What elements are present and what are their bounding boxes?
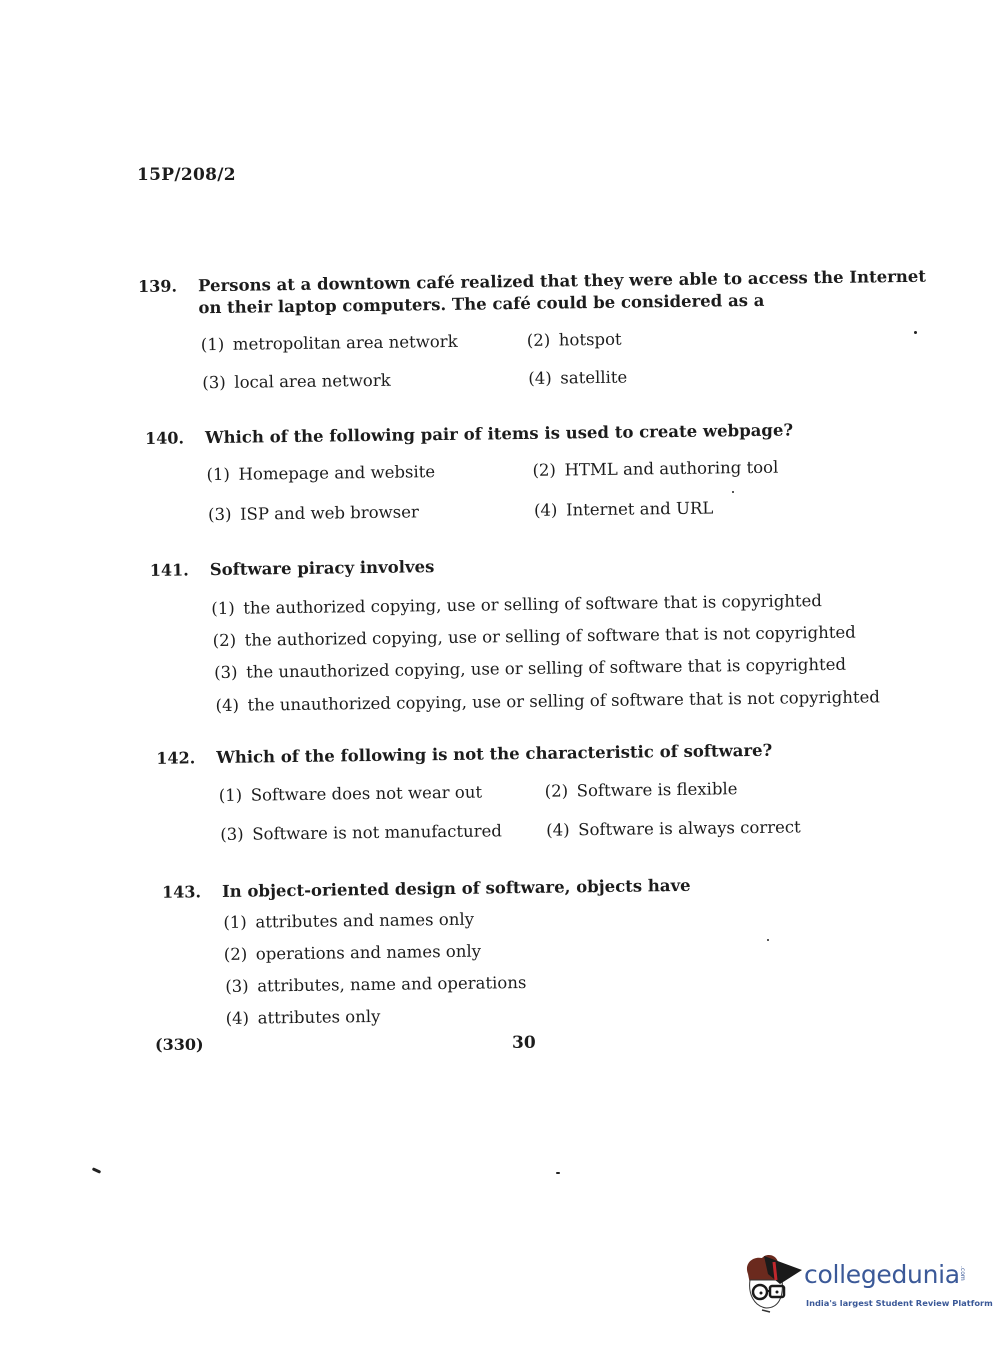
scan-speck <box>767 939 769 941</box>
option-text: satellite <box>560 368 627 388</box>
option-139-3: (3)local area network <box>202 371 391 392</box>
question-text-line: Which of the following is not the charac… <box>216 738 906 769</box>
question-text-line: In object-oriented design of software, o… <box>222 872 912 903</box>
option-142-3: (3)Software is not manufactured <box>220 821 502 844</box>
question-number: 143. <box>162 881 201 904</box>
option-text: attributes, name and operations <box>257 973 526 996</box>
option-text: local area network <box>234 371 391 392</box>
option-143-1: (1)attributes and names only <box>223 910 474 932</box>
option-label: (2) <box>527 331 559 350</box>
question-text: Which of the following pair of items is … <box>205 418 895 449</box>
option-label: (3) <box>220 825 252 844</box>
option-text: ISP and web browser <box>240 502 419 523</box>
option-label: (1) <box>201 335 233 354</box>
option-text: Software is flexible <box>577 779 738 800</box>
option-text: the unauthorized copying, use or selling… <box>246 655 846 682</box>
option-text: the authorized copying, use or selling o… <box>243 591 822 618</box>
option-text: attributes only <box>258 1007 381 1028</box>
option-label: (2) <box>213 631 245 650</box>
option-label: (1) <box>223 913 255 932</box>
option-label: (3) <box>202 373 234 392</box>
question-number: 142. <box>156 747 195 770</box>
option-label: (3) <box>208 505 240 524</box>
option-141-3: (3)the unauthorized copying, use or sell… <box>214 655 846 682</box>
option-140-1: (1)Homepage and website <box>206 462 435 484</box>
question-block: 139. Persons at a downtown café realized… <box>0 0 1001 1356</box>
logo-tagline: India's largest Student Review Platform <box>806 1298 993 1308</box>
question-text: Persons at a downtown café realized that… <box>198 266 889 319</box>
question-text: Software piracy involves <box>210 550 900 581</box>
option-text: Homepage and website <box>238 462 435 484</box>
option-label: (3) <box>225 977 257 996</box>
option-text: attributes and names only <box>255 910 474 932</box>
mascot-icon <box>740 1250 804 1322</box>
collegedunia-logo: collegedunia .com India's largest Studen… <box>740 1250 975 1322</box>
question-number: 139. <box>138 276 177 299</box>
exam-page: 15P/208/2 139. Persons at a downtown caf… <box>0 0 1001 1356</box>
option-140-3: (3)ISP and web browser <box>208 502 419 524</box>
option-label: (3) <box>214 663 246 682</box>
option-label: (2) <box>532 460 564 479</box>
option-label: (1) <box>219 786 251 805</box>
option-label: (1) <box>206 465 238 484</box>
option-142-4: (4)Software is always correct <box>546 817 801 839</box>
option-143-3: (3)attributes, name and operations <box>225 973 526 996</box>
option-143-2: (2)operations and names only <box>224 942 481 964</box>
option-text: the unauthorized copying, use or selling… <box>247 687 880 714</box>
option-text: Internet and URL <box>566 499 714 520</box>
option-141-1: (1)the authorized copying, use or sellin… <box>211 591 822 618</box>
logo-dotcom-text: .com <box>959 1266 966 1281</box>
option-text: operations and names only <box>256 942 481 964</box>
option-142-2: (2)Software is flexible <box>545 779 738 801</box>
option-text: metropolitan area network <box>233 332 458 354</box>
question-text-line: Software piracy involves <box>210 550 900 581</box>
option-141-2: (2)the authorized copying, use or sellin… <box>213 623 856 650</box>
option-label: (4) <box>215 696 247 715</box>
option-label: (2) <box>224 945 256 964</box>
question-number: 140. <box>145 427 184 450</box>
option-label: (4) <box>226 1009 258 1028</box>
option-139-4: (4)satellite <box>528 368 627 388</box>
footer-code: (330) <box>155 1035 204 1054</box>
scan-speck <box>732 491 734 493</box>
option-label: (4) <box>528 369 560 388</box>
question-number: 141. <box>150 559 189 582</box>
logo-brand-text: collegedunia <box>804 1260 960 1289</box>
scan-speck <box>914 331 917 334</box>
page-number: 30 <box>512 1033 536 1053</box>
question-text: Which of the following is not the charac… <box>216 738 906 769</box>
option-text: hotspot <box>559 330 622 350</box>
option-label: (4) <box>534 500 566 519</box>
option-text: Software is not manufactured <box>252 821 502 843</box>
option-label: (2) <box>545 781 577 800</box>
option-label: (1) <box>211 599 243 618</box>
option-139-2: (2)hotspot <box>527 330 622 350</box>
option-text: Software is always correct <box>578 817 801 839</box>
option-140-2: (2)HTML and authoring tool <box>532 458 778 480</box>
scan-speck <box>556 1172 560 1174</box>
option-text: HTML and authoring tool <box>564 458 778 480</box>
option-142-1: (1)Software does not wear out <box>219 783 483 805</box>
option-label: (4) <box>546 820 578 839</box>
question-text-line: Which of the following pair of items is … <box>205 418 895 449</box>
option-text: Software does not wear out <box>251 783 483 805</box>
option-text: the authorized copying, use or selling o… <box>245 623 856 650</box>
option-140-4: (4)Internet and URL <box>534 499 713 520</box>
option-141-4: (4)the unauthorized copying, use or sell… <box>215 687 880 715</box>
option-143-4: (4)attributes only <box>226 1007 381 1028</box>
option-139-1: (1)metropolitan area network <box>201 332 458 354</box>
question-text: In object-oriented design of software, o… <box>222 872 912 903</box>
